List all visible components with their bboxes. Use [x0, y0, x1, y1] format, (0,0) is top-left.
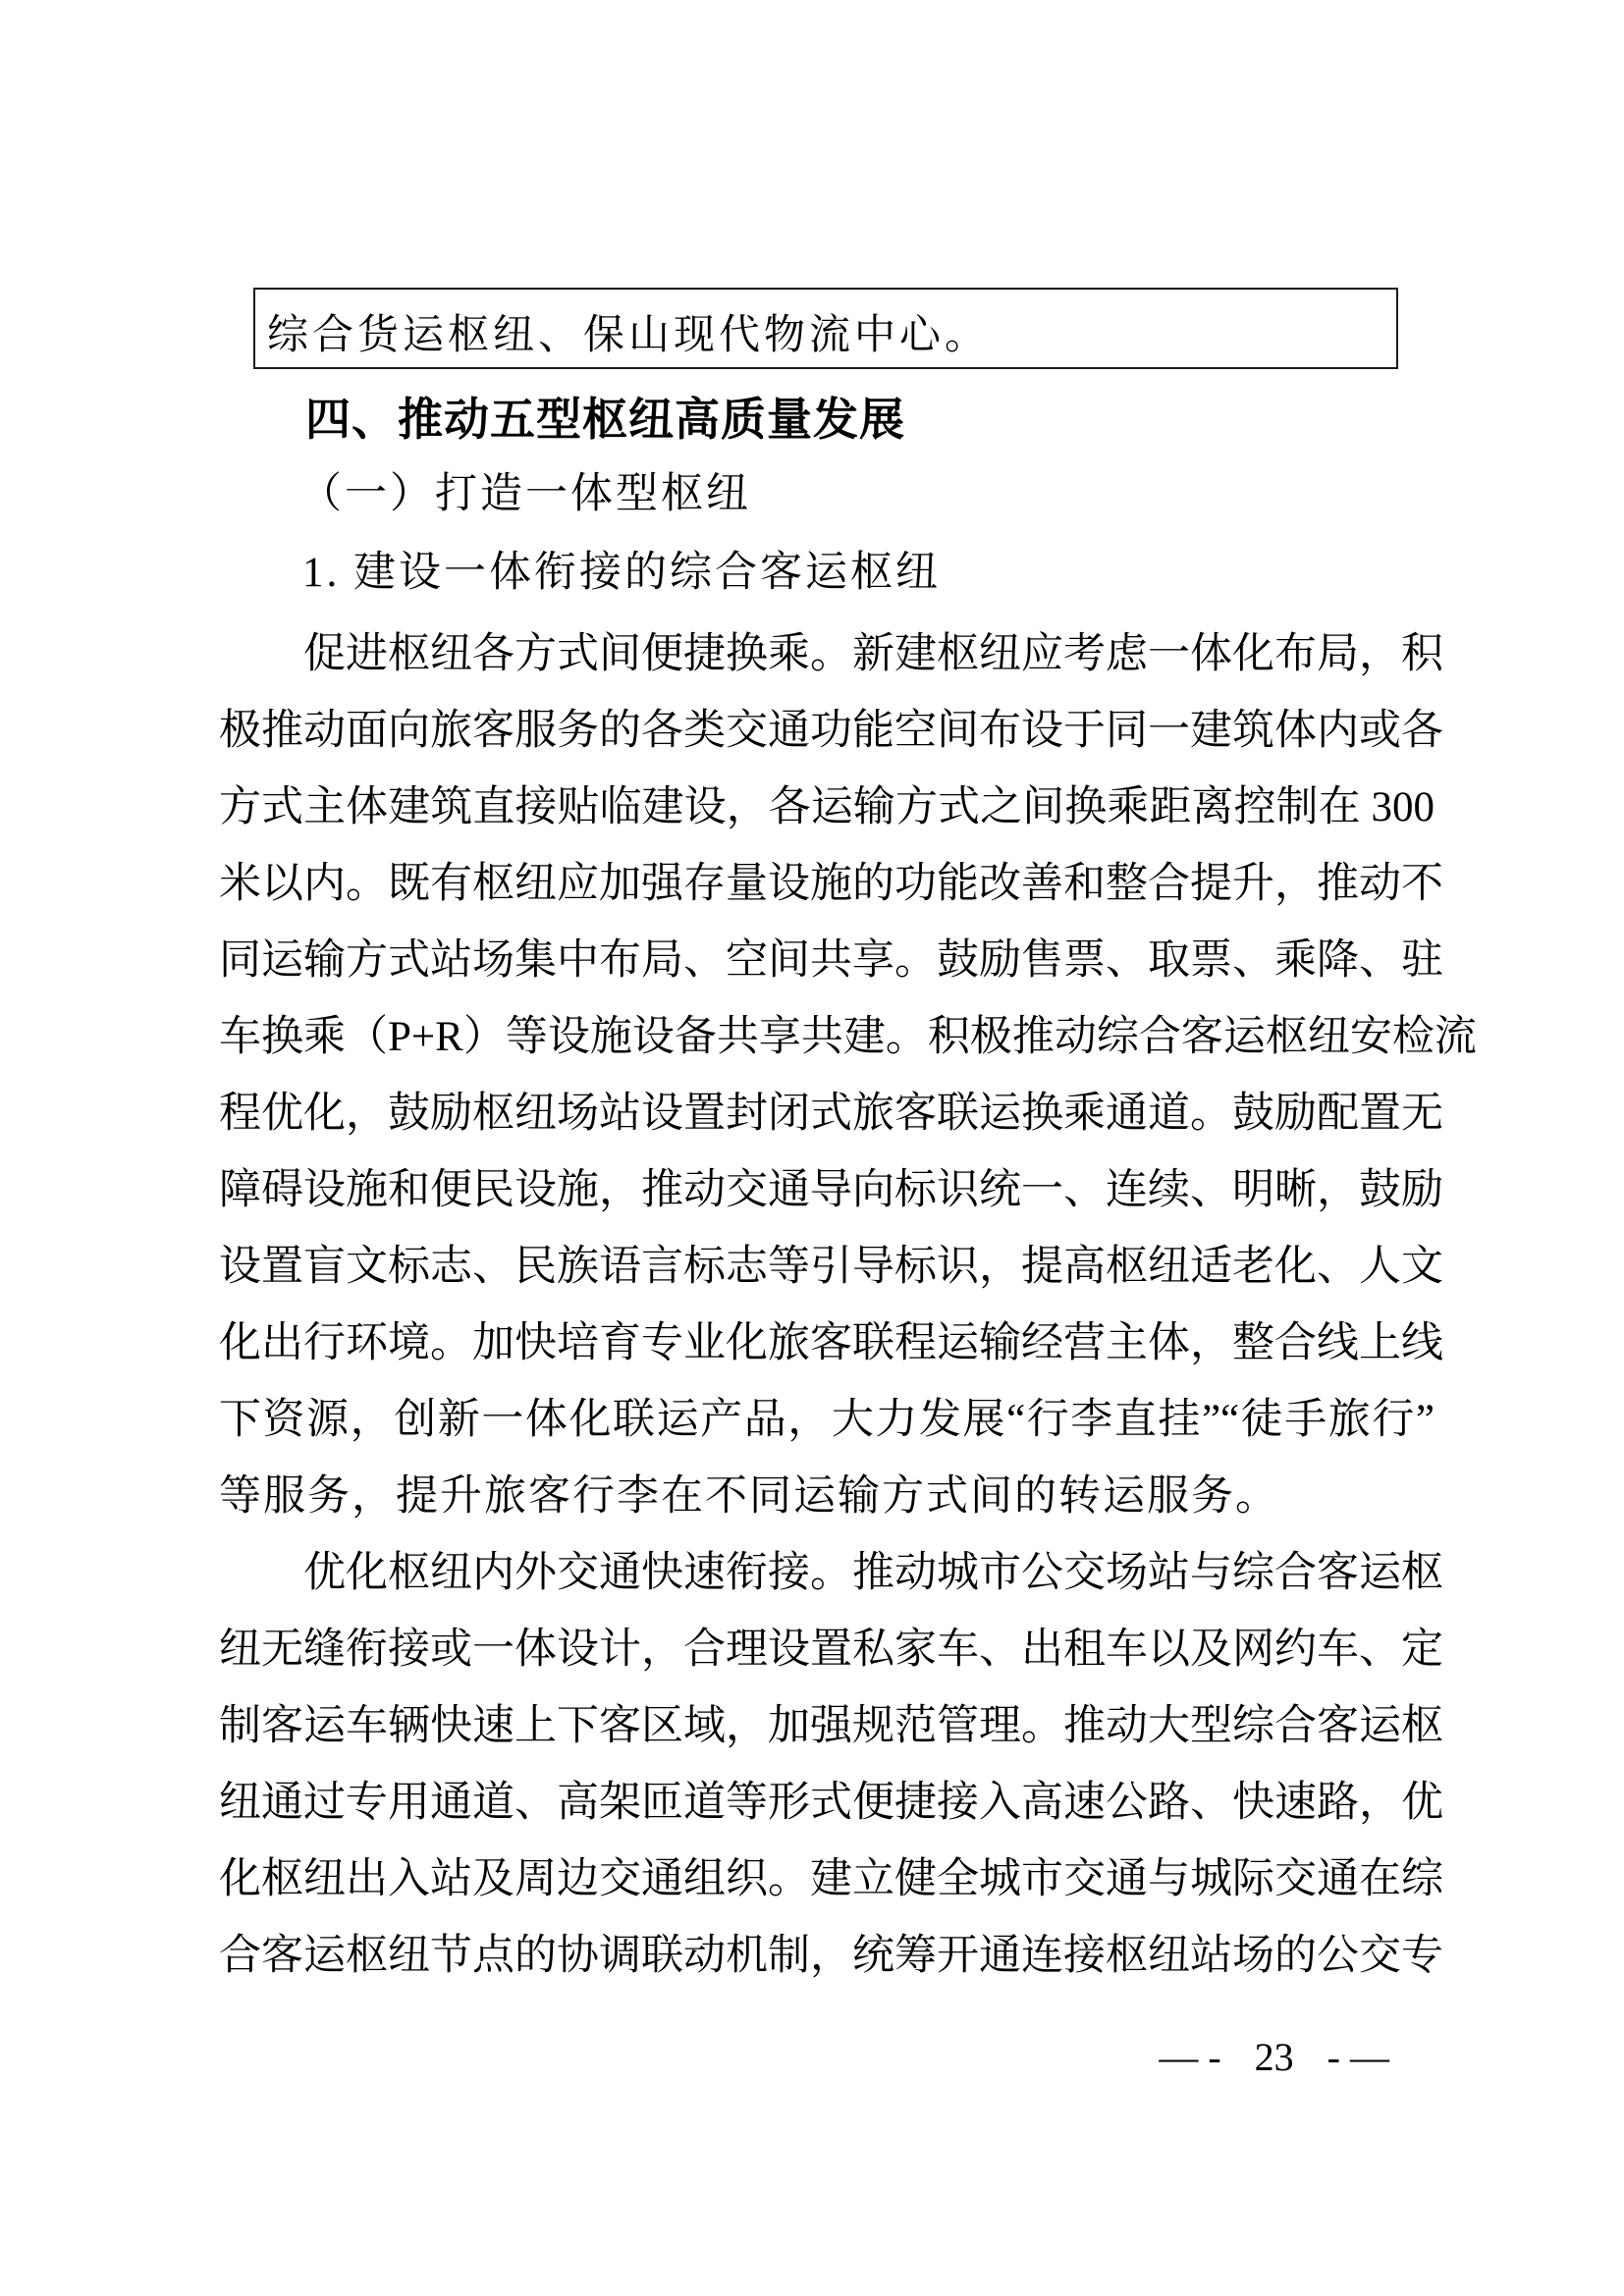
body-line: 纽通过专用通道、高架匝道等形式便捷接入高速公路、快速路，优 [219, 1765, 1435, 1842]
body-line: 方式主体建筑直接贴临建设，各运输方式之间换乘距离控制在 300 [219, 770, 1435, 846]
page-number-suffix: - — [1327, 2036, 1389, 2079]
continued-table-cell-text: 综合货运枢纽、保山现代物流中心。 [267, 302, 990, 361]
body-line: 设置盲文标志、民族语言标志等引导标识，提高枢纽适老化、人文 [219, 1229, 1435, 1306]
document-page: 综合货运枢纽、保山现代物流中心。 四、推动五型枢纽高质量发展 （一）打造一体型枢… [0, 0, 1624, 2296]
body-line: 制客运车辆快速上下客区域，加强规范管理。推动大型综合客运枢 [219, 1688, 1435, 1765]
continued-table-cell: 综合货运枢纽、保山现代物流中心。 [253, 288, 1398, 369]
body-line: 车换乘（P+R）等设施设备共享共建。积极推动综合客运枢纽安检流 [219, 999, 1435, 1076]
body-line: 化出行环境。加快培育专业化旅客联程运输经营主体，整合线上线 [219, 1306, 1435, 1382]
body-line: 障碍设施和便民设施，推动交通导向标识统一、连续、明晰，鼓励 [219, 1152, 1435, 1229]
body-line: 化枢纽出入站及周边交通组织。建立健全城市交通与城际交通在综 [219, 1842, 1435, 1918]
body-line: 同运输方式站场集中布局、空间共享。鼓励售票、取票、乘降、驻 [219, 923, 1435, 999]
body-line: 纽无缝衔接或一体设计，合理设置私家车、出租车以及网约车、定 [219, 1612, 1435, 1688]
page-number-prefix: — - [1159, 2036, 1220, 2079]
body-line: 下资源，创新一体化联运产品，大力发展“行李直挂”“徒手旅行” [219, 1382, 1435, 1459]
body-line: 促进枢纽各方式间便捷换乘。新建枢纽应考虑一体化布局，积 [219, 616, 1435, 693]
subsection-heading: （一）打造一体型枢纽 [299, 469, 751, 520]
page-number: 23 [1255, 2036, 1294, 2079]
item-heading: 1. 建设一体衔接的综合客运枢纽 [302, 548, 941, 599]
body-text: 促进枢纽各方式间便捷换乘。新建枢纽应考虑一体化布局，积 极推动面向旅客服务的各类… [219, 616, 1435, 1995]
page-number-footer: — - 23 - — [1147, 2036, 1401, 2079]
body-line: 等服务，提升旅客行李在不同运输方式间的转运服务。 [219, 1459, 1435, 1535]
body-line: 合客运枢纽节点的协调联动机制，统筹开通连接枢纽站场的公交专 [219, 1918, 1435, 1995]
body-line: 优化枢纽内外交通快速衔接。推动城市公交场站与综合客运枢 [219, 1535, 1435, 1612]
section-heading: 四、推动五型枢纽高质量发展 [305, 393, 905, 446]
body-line: 极推动面向旅客服务的各类交通功能空间布设于同一建筑体内或各 [219, 693, 1435, 770]
body-line: 米以内。既有枢纽应加强存量设施的功能改善和整合提升，推动不 [219, 846, 1435, 923]
body-line: 程优化，鼓励枢纽场站设置封闭式旅客联运换乘通道。鼓励配置无 [219, 1076, 1435, 1152]
